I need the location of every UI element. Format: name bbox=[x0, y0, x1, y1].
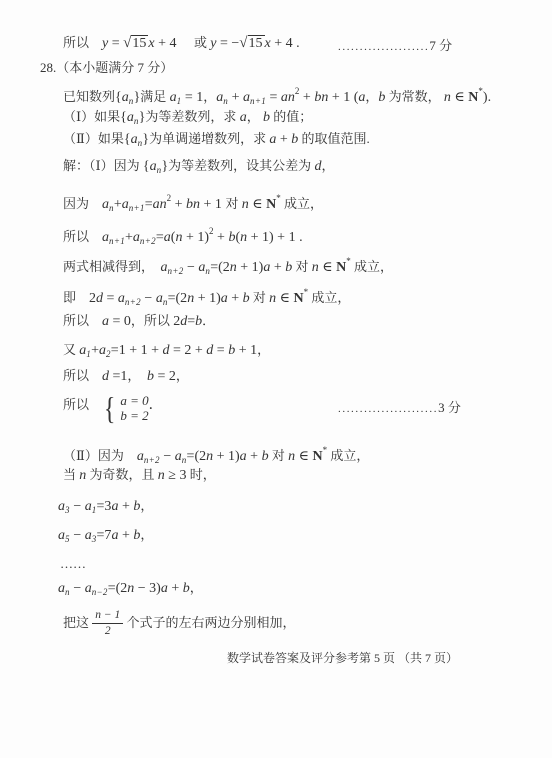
text-segment: b bbox=[262, 449, 269, 464]
text-segment: ，所以 bbox=[131, 313, 173, 328]
text-segment: （Ⅰ）如果 bbox=[63, 109, 120, 124]
text-segment: 即 bbox=[63, 290, 89, 305]
text-segment: + 1 bbox=[235, 343, 257, 358]
text-segment: b bbox=[243, 291, 250, 306]
text-segment: 两式相减得到， bbox=[63, 259, 161, 274]
text-segment: n+1 bbox=[250, 96, 266, 106]
sqrt-expression: √15 bbox=[239, 34, 264, 51]
text-segment: a bbox=[58, 581, 65, 596]
text-segment: ． bbox=[202, 313, 215, 328]
text-segment: ∈ bbox=[249, 197, 266, 212]
eq-2d: 即 2d = an+2 − an=(2n + 1)a + b 对 n ∈ N* … bbox=[63, 284, 350, 310]
text-segment: a bbox=[131, 132, 138, 147]
solution-part1-intro: 解：（Ⅰ）因为 {an}为等差数列，设其公差为 d， bbox=[63, 158, 334, 178]
text-segment: a bbox=[85, 499, 92, 514]
text-segment: n+1 bbox=[129, 203, 145, 213]
eq-a-zero: 所以 a = 0，所以 2d=b． bbox=[63, 313, 215, 330]
text-segment: ． bbox=[149, 398, 163, 413]
text-segment: 的值； bbox=[270, 109, 312, 124]
text-segment: = bbox=[103, 291, 118, 306]
text-segment: ). bbox=[483, 90, 491, 105]
text-segment: ∈ bbox=[451, 90, 468, 105]
text-segment: { bbox=[124, 132, 131, 147]
text-segment: d bbox=[102, 369, 109, 384]
text-segment: a bbox=[58, 528, 65, 543]
document-page: 所以 y = √15x + 4 或 y = −√15x + 4 ........… bbox=[0, 0, 552, 758]
text-segment: 所以 bbox=[63, 368, 102, 383]
text-segment: a bbox=[170, 90, 177, 105]
text-segment: = bbox=[156, 230, 164, 245]
text-segment: =3 bbox=[97, 499, 112, 514]
text-segment: ∈ bbox=[295, 449, 312, 464]
text-segment: + bbox=[247, 449, 262, 464]
text-segment: ≥ 3 bbox=[165, 468, 187, 483]
text-segment: b bbox=[263, 110, 270, 125]
text-segment: n+2 bbox=[125, 297, 141, 307]
text-segment: 所以 bbox=[63, 35, 102, 50]
text-segment: n bbox=[230, 260, 237, 275]
text-segment: a bbox=[221, 291, 228, 306]
text-segment: a bbox=[243, 90, 250, 105]
text-segment: bn bbox=[186, 197, 200, 212]
text-segment: n+2 bbox=[140, 236, 156, 246]
text-segment: = 2 bbox=[154, 369, 176, 384]
text-segment: =(2 bbox=[168, 291, 188, 306]
text-segment: − bbox=[160, 449, 175, 464]
text-segment: { bbox=[115, 90, 122, 105]
text-segment: 所以 bbox=[63, 397, 102, 412]
eq-subtract: 两式相减得到， an+2 − an=(2n + 1)a + b 对 n ∈ N*… bbox=[63, 253, 393, 279]
text-segment: 对 bbox=[292, 259, 312, 274]
text-segment: = 1 bbox=[181, 90, 203, 105]
text-segment: bn bbox=[314, 90, 328, 105]
text-segment: − bbox=[70, 528, 85, 543]
system-rows: a = 0b = 2 bbox=[120, 393, 148, 423]
text-segment: ∈ bbox=[319, 260, 336, 275]
eq-a1-a2: 又 a1+a2=1 + 1 + d = 2 + d = b + 1， bbox=[63, 342, 270, 362]
fraction-denominator: 2 bbox=[92, 624, 123, 639]
text-segment: ， bbox=[140, 527, 153, 542]
text-segment: + bbox=[91, 343, 99, 358]
dotted-leader: ..................... bbox=[338, 41, 429, 53]
text-segment: a bbox=[161, 260, 168, 275]
text-segment: n+2 bbox=[144, 455, 160, 465]
text-segment: a bbox=[58, 499, 65, 514]
text-segment: = bbox=[213, 343, 228, 358]
text-segment: a bbox=[240, 110, 247, 125]
text-segment: N bbox=[336, 260, 346, 275]
text-segment: + bbox=[118, 499, 133, 514]
text-segment: a bbox=[85, 528, 92, 543]
text-segment: + 1) bbox=[182, 230, 209, 245]
text-segment: =(2 bbox=[187, 449, 207, 464]
text-segment: 成立， bbox=[351, 259, 393, 274]
sqrt-expression: √15 bbox=[123, 34, 148, 51]
text-segment: n bbox=[444, 90, 451, 105]
text-segment: a bbox=[99, 343, 106, 358]
text-segment: ， bbox=[176, 368, 189, 383]
text-segment: + bbox=[118, 528, 133, 543]
text-segment: a bbox=[150, 159, 157, 174]
eq-an-general: an − an−2=(2n − 3)a + b， bbox=[58, 580, 203, 600]
text-segment: N bbox=[312, 449, 322, 464]
text-segment: a bbox=[240, 449, 247, 464]
text-segment: + 1) bbox=[213, 449, 240, 464]
text-segment: n bbox=[312, 260, 319, 275]
eq-a3-a1: a3 − a1=3a + b， bbox=[58, 498, 153, 518]
text-segment: N bbox=[294, 291, 304, 306]
text-segment: = bbox=[266, 90, 281, 105]
text-segment: a bbox=[127, 110, 134, 125]
text-segment: ， bbox=[247, 109, 263, 124]
text-segment: =(2 bbox=[210, 260, 230, 275]
text-segment: ， bbox=[190, 580, 203, 595]
text-segment: = 0 bbox=[109, 314, 131, 329]
text-segment: a bbox=[122, 197, 129, 212]
text-segment: a bbox=[133, 230, 140, 245]
text-segment: ， bbox=[140, 498, 153, 513]
text-segment: − bbox=[70, 499, 85, 514]
text-segment: + bbox=[114, 197, 122, 212]
text-segment: =(2 bbox=[108, 581, 128, 596]
text-segment: 成立， bbox=[281, 196, 323, 211]
text-segment: 把这 bbox=[63, 615, 92, 630]
text-segment: n bbox=[242, 197, 249, 212]
text-segment: a bbox=[175, 449, 182, 464]
text-segment: a bbox=[156, 291, 163, 306]
text-segment: a bbox=[102, 197, 109, 212]
dotted-leader: ....................... bbox=[338, 403, 438, 415]
text-segment: 个式子的左右两边分别相加， bbox=[123, 615, 295, 630]
ellipsis-line: …… bbox=[60, 556, 86, 572]
text-segment: 为等差数列，求 bbox=[145, 109, 239, 124]
text-segment: d bbox=[96, 291, 103, 306]
text-segment: + 1) bbox=[194, 291, 221, 306]
text-segment: n+1 bbox=[109, 236, 125, 246]
text-segment: + 1) + 1 . bbox=[247, 230, 302, 245]
fraction: n − 12 bbox=[92, 608, 123, 639]
text-segment: 对 bbox=[269, 448, 289, 463]
text-segment: 的取值范围. bbox=[298, 131, 370, 146]
text-segment: 2 bbox=[89, 291, 96, 306]
text-segment: 因为 bbox=[63, 196, 102, 211]
text-segment: a bbox=[85, 581, 92, 596]
radicand: 15 bbox=[131, 35, 148, 51]
text-segment: 为奇数，且 bbox=[86, 467, 158, 482]
text-segment: = bbox=[187, 314, 195, 329]
left-brace: { bbox=[104, 392, 116, 424]
text-segment: + 1 bbox=[200, 197, 225, 212]
radical-sign: √ bbox=[239, 35, 247, 51]
text-segment: + bbox=[171, 197, 186, 212]
text-segment: 所以 bbox=[63, 229, 102, 244]
text-segment: ， bbox=[321, 158, 334, 173]
eq-a5-a3: a5 − a3=7a + b， bbox=[58, 527, 153, 547]
text-segment: ， bbox=[257, 342, 270, 357]
text-segment: =7 bbox=[97, 528, 112, 543]
text-segment: 当 bbox=[63, 467, 79, 482]
part2-eq: （Ⅱ）因为 an+2 − an=(2n + 1)a + b 对 n ∈ N* 成… bbox=[63, 442, 369, 468]
text-segment: 成立， bbox=[308, 290, 350, 305]
text-segment: n−2 bbox=[92, 587, 108, 597]
text-segment: 或 bbox=[194, 35, 210, 50]
text-segment: n+2 bbox=[168, 266, 184, 276]
text-segment: + 1) bbox=[237, 260, 264, 275]
text-segment: =1 bbox=[109, 369, 127, 384]
text-segment: a bbox=[137, 449, 144, 464]
text-segment: + bbox=[168, 581, 183, 596]
text-segment: a bbox=[118, 291, 125, 306]
text-segment: a bbox=[102, 314, 109, 329]
part2-question: （Ⅱ）如果{an}为单调递增数列，求 a + b 的取值范围. bbox=[63, 131, 370, 151]
text-segment: + 4 bbox=[155, 36, 194, 51]
text-segment: = bbox=[108, 36, 123, 51]
system-equation-row: b = 2 bbox=[120, 408, 148, 423]
page-footer: 数学试卷答案及评分参考第 5 页 （共 7 页） bbox=[227, 649, 458, 666]
text-segment: 对 bbox=[250, 290, 270, 305]
text-segment: =1 + 1 + bbox=[111, 343, 163, 358]
text-segment: − bbox=[70, 581, 85, 596]
text-segment: + bbox=[228, 291, 243, 306]
text-segment: 时， bbox=[186, 467, 215, 482]
text-segment: + bbox=[299, 90, 314, 105]
text-segment: ， bbox=[203, 89, 216, 104]
eq-shifted: 所以 an+1+an+2=a(n + 1)2 + b(n + 1) + 1 . bbox=[63, 223, 303, 249]
text-segment: − 3) bbox=[134, 581, 161, 596]
text-segment: （Ⅱ）如果 bbox=[63, 131, 124, 146]
text-segment: 又 bbox=[63, 342, 79, 357]
text-segment: 为等差数列，设其公差为 bbox=[168, 158, 314, 173]
text-segment: { bbox=[143, 159, 150, 174]
text-segment: = bbox=[145, 197, 153, 212]
text-segment: 3 分 bbox=[438, 400, 461, 415]
fraction-numerator: n − 1 bbox=[92, 608, 123, 624]
text-segment: + bbox=[228, 90, 243, 105]
text-segment: = 2 + bbox=[169, 343, 206, 358]
text-segment: + bbox=[214, 230, 229, 245]
text-segment: a bbox=[122, 90, 129, 105]
text-segment: a bbox=[102, 230, 109, 245]
text-segment: N bbox=[266, 197, 276, 212]
part1-question: （Ⅰ）如果{an}为等差数列，求 a， b 的值； bbox=[63, 109, 312, 129]
text-segment: − bbox=[184, 260, 199, 275]
text-segment: a bbox=[161, 581, 168, 596]
eq-d1-b2: 所以 d =1， b = 2， bbox=[63, 368, 189, 385]
problem-number: 28.（本小题满分 7 分） bbox=[40, 60, 173, 76]
score-marker-3: .......................3 分 bbox=[338, 400, 461, 417]
sum-instruction: 把这 n − 12 个式子的左右两边分别相加， bbox=[63, 608, 296, 639]
text-segment: ∈ bbox=[276, 291, 293, 306]
system-answer: 所以 {a = 0b = 2． bbox=[63, 392, 163, 424]
text-segment: N bbox=[468, 90, 478, 105]
text-segment: an bbox=[281, 90, 295, 105]
text-segment: a bbox=[164, 230, 171, 245]
text-segment: − bbox=[141, 291, 156, 306]
text-segment: = − bbox=[216, 36, 239, 51]
text-segment: + 4 . bbox=[271, 36, 300, 51]
system-equation-row: a = 0 bbox=[120, 393, 148, 408]
text-segment: 所以 bbox=[63, 313, 102, 328]
text-segment: { bbox=[120, 110, 127, 125]
text-segment: 为常数， bbox=[385, 89, 444, 104]
text-segment: …… bbox=[60, 556, 86, 571]
text-segment: n bbox=[158, 468, 165, 483]
odd-n-condition: 当 n 为奇数，且 n ≥ 3 时， bbox=[63, 467, 216, 484]
text-segment: b bbox=[183, 581, 190, 596]
problem-statement: 已知数列{an}满足 a1 = 1，an + an+1 = an2 + bn +… bbox=[63, 83, 491, 109]
text-segment: an bbox=[153, 197, 167, 212]
radicand: 15 bbox=[248, 35, 265, 51]
text-segment: 为单调递增数列，求 bbox=[149, 131, 269, 146]
text-segment: （Ⅱ）因为 bbox=[63, 448, 137, 463]
text-segment: 成立， bbox=[327, 448, 369, 463]
text-segment: b bbox=[147, 369, 154, 384]
text-segment: + bbox=[276, 132, 291, 147]
text-segment: + 1 ( bbox=[328, 90, 358, 105]
text-segment: 已知数列 bbox=[63, 89, 115, 104]
text-segment: + bbox=[125, 230, 133, 245]
text-segment: 满足 bbox=[140, 89, 169, 104]
eq-given: 因为 an+an+1=an2 + bn + 1 对 n ∈ N* 成立， bbox=[63, 190, 323, 216]
text-segment: ， bbox=[127, 368, 147, 383]
text-segment: 对 bbox=[225, 196, 241, 211]
score-marker-7: .....................7 分 bbox=[338, 38, 452, 55]
text-segment: 7 分 bbox=[429, 38, 452, 53]
answer-line-prev-problem: 所以 y = √15x + 4 或 y = −√15x + 4 . bbox=[63, 35, 300, 52]
text-segment: ， bbox=[365, 89, 378, 104]
text-segment: 28.（本小题满分 7 分） bbox=[40, 60, 173, 75]
equation-system: {a = 0b = 2 bbox=[102, 392, 149, 424]
text-segment: 解：（Ⅰ）因为 bbox=[63, 158, 143, 173]
text-segment: + bbox=[270, 260, 285, 275]
